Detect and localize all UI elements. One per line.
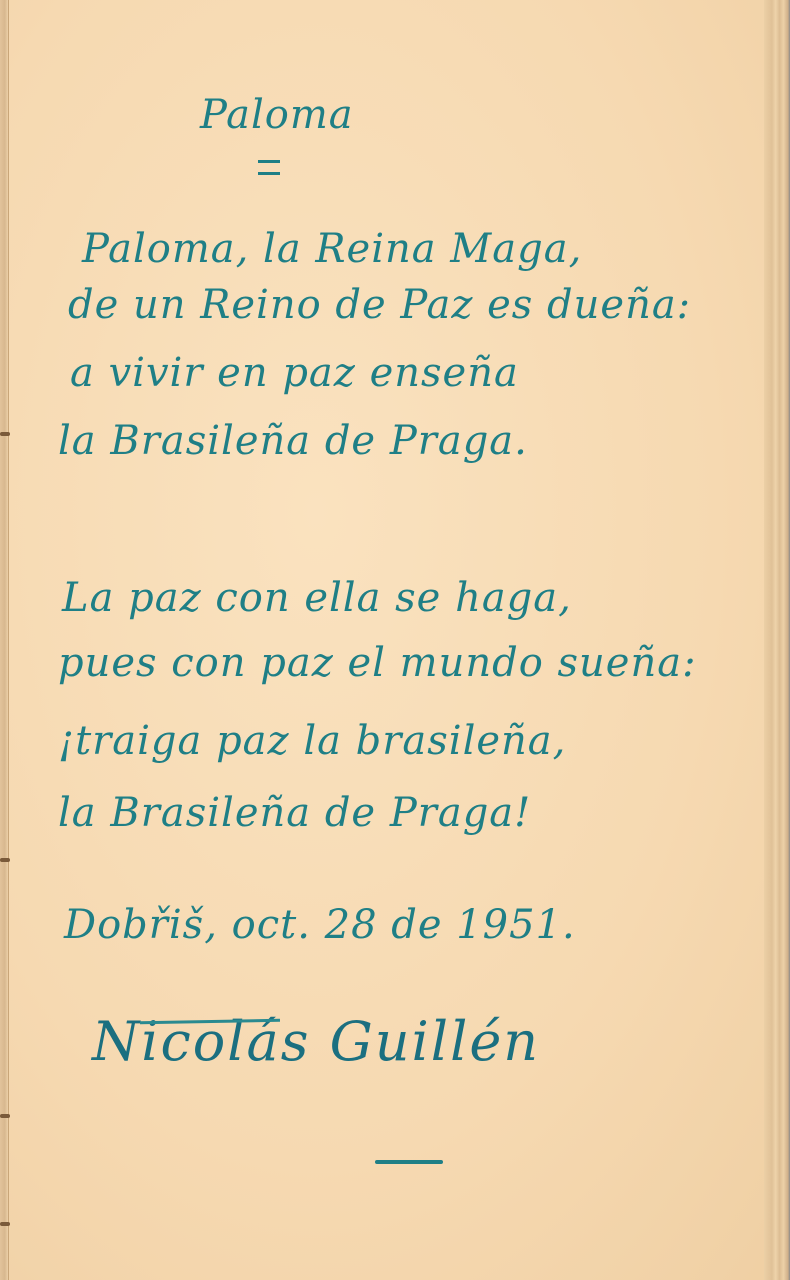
stanza-1-line-4: la Brasileña de Praga. (58, 418, 528, 464)
page-edges (764, 0, 790, 1280)
binding-stitch (0, 432, 10, 436)
binding-stitch (0, 858, 10, 862)
stanza-1-line-3: a vivir en paz enseña (70, 350, 519, 396)
stanza-2-line-2: pues con paz el mundo sueña: (58, 640, 697, 686)
binding-stitch (0, 1114, 10, 1118)
poem-title: Paloma (200, 92, 354, 138)
binding-stitch (0, 1222, 10, 1226)
title-double-underline (258, 160, 280, 175)
page-binding (0, 0, 9, 1280)
date-line: Dobřiš, oct. 28 de 1951. (64, 902, 576, 948)
manuscript-page: Paloma Paloma, la Reina Maga, de un Rein… (0, 0, 790, 1280)
stanza-2-line-3: ¡traiga paz la brasileña, (58, 718, 566, 764)
stanza-1-line-1: Paloma, la Reina Maga, (82, 226, 582, 272)
closing-dash (375, 1160, 443, 1164)
stanza-2-line-4: la Brasileña de Praga! (58, 790, 531, 836)
stanza-1-line-2: de un Reino de Paz es dueña: (68, 282, 691, 328)
stanza-2-line-1: La paz con ella se haga, (62, 575, 572, 621)
signature: Nicolás Guillén (92, 1010, 540, 1073)
